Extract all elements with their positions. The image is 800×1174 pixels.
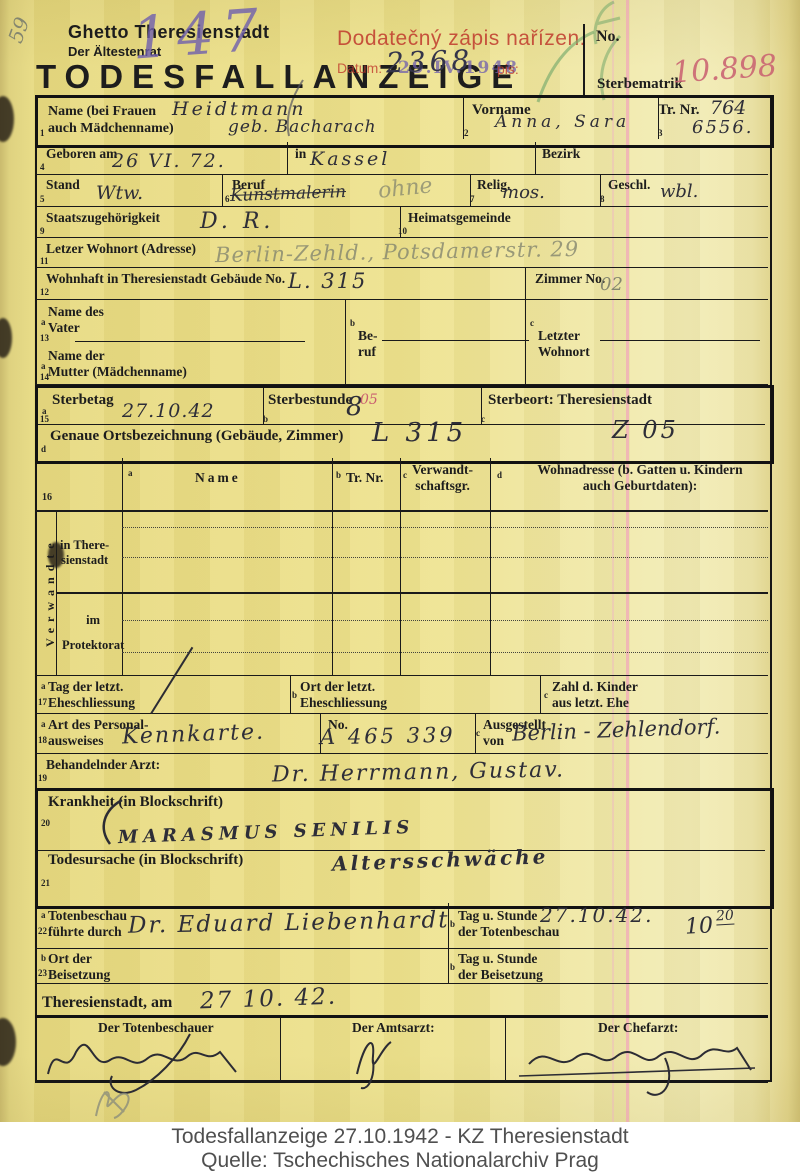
- zimmer-label: Zimmer No.: [535, 271, 605, 287]
- cell-divider: [290, 675, 291, 713]
- dotted-writing-line: [122, 620, 768, 621]
- sub-letter: a: [41, 681, 46, 691]
- section-divider: [56, 592, 768, 594]
- geboren-in-label: in: [295, 146, 306, 162]
- field-number: 8: [600, 194, 605, 204]
- geboren-in-value: Kassel: [310, 148, 390, 170]
- dotted-writing-line: [122, 527, 768, 528]
- field-number: 17: [38, 697, 47, 707]
- sterbematrik-label: Sterbematrik: [597, 76, 683, 94]
- writing-line: [600, 340, 760, 341]
- sterbestunde-label: Sterbestunde: [268, 392, 352, 410]
- ehe-tag-label: Tag der letzt. Eheschliessung: [48, 679, 135, 711]
- caption-line2: Quelle: Tschechisches Nationalarchiv Pra…: [0, 1149, 800, 1173]
- sub-letter: b: [336, 470, 341, 480]
- beruf-value-struck: Kunstmalerin: [230, 182, 347, 206]
- wohnort-label: Letzer Wohnort (Adresse): [46, 241, 196, 257]
- field-number: 11: [40, 256, 49, 266]
- ortsbezeichnung-label: Genaue Ortsbezeichnung (Gebäude, Zimmer): [50, 428, 343, 446]
- field-number: 20: [41, 818, 50, 828]
- sub-letter: d: [41, 444, 46, 454]
- sterbematrik-value: 10.898: [671, 48, 778, 90]
- geboren-label: Geboren am: [46, 146, 117, 162]
- cell-divider: [535, 142, 536, 174]
- sub-letter: b: [450, 919, 455, 929]
- sub-letter: a: [41, 910, 46, 920]
- caption-strip: Todesfallanzeige 27.10.1942 - KZ Theresi…: [0, 1122, 800, 1174]
- vorname-value: Anna, Sara: [495, 112, 630, 132]
- sub-letter: c: [530, 318, 534, 328]
- mutter-label: Name der Mutter (Mädchenname): [48, 348, 187, 380]
- field-number: 19: [38, 773, 47, 783]
- cell-divider: [280, 1018, 281, 1081]
- stamp-date-handwritten: 2368: [385, 43, 473, 79]
- dotted-writing-line: [122, 652, 768, 653]
- sub-letter: b: [263, 414, 268, 424]
- relatives-side-label: Verwandte: [43, 532, 57, 652]
- cell-divider: [287, 142, 288, 174]
- field-number: 23: [38, 968, 47, 978]
- writing-line: [497, 340, 529, 341]
- relatives-row2-label: im Protektorat: [62, 608, 124, 658]
- totenbeschauer-signature: [40, 1028, 250, 1108]
- sub-letter: d: [497, 470, 502, 480]
- dotted-writing-line: [122, 557, 768, 558]
- field-number: 9: [40, 226, 45, 236]
- field-number: 22: [38, 926, 47, 936]
- paper-damage-spot: [0, 1018, 16, 1066]
- cell-divider: [525, 267, 526, 299]
- field-number: 14: [40, 372, 49, 382]
- name-maiden-value: geb. Bacharach: [228, 117, 377, 137]
- beisetzung-ort-label: Ort der Beisetzung: [48, 951, 110, 983]
- relig-value: mos.: [502, 182, 545, 203]
- pencil-monogram: [84, 1082, 144, 1122]
- relatives-row1-label: in There- sienstadt: [60, 538, 109, 568]
- ortsbezeichnung-value2: Z 05: [612, 416, 679, 444]
- cell-divider: [525, 299, 526, 384]
- arzt-value: Dr. Herrmann, Gustav.: [272, 757, 565, 787]
- sub-letter: c: [476, 728, 480, 738]
- bezirk-label: Bezirk: [542, 146, 580, 162]
- header-divider: [583, 24, 585, 96]
- totenbeschau-date-value: 27.10.42.: [540, 903, 653, 927]
- sub-letter: a: [41, 719, 46, 729]
- header-divider: [35, 510, 768, 512]
- stamp-podpis-label: pis:: [497, 61, 519, 77]
- sub-letter: b: [292, 690, 297, 700]
- heimat-label: Heimatsgemeinde: [408, 210, 511, 226]
- field-number: 5: [40, 194, 45, 204]
- trnr-value: 764: [710, 97, 746, 119]
- staat-label: Staatszugehörigkeit: [46, 210, 160, 226]
- beruf-col-label: Be- ruf: [358, 328, 378, 360]
- chefarzt-signature: [515, 1030, 765, 1110]
- cell-divider: [505, 1018, 506, 1081]
- cell-divider: [345, 299, 346, 384]
- letzter-wohnort-col-label: Letzter Wohnort: [538, 328, 590, 360]
- caption-line1: Todesfallanzeige 27.10.1942 - KZ Theresi…: [0, 1122, 800, 1149]
- sterbeort-label: Sterbeort: Theresienstadt: [488, 392, 652, 410]
- field-number: 12: [40, 287, 49, 297]
- row-eheschliessung: [35, 675, 768, 714]
- sub-letter: c: [544, 690, 548, 700]
- sub-letter: b: [41, 953, 46, 963]
- field-number: 21: [41, 878, 50, 888]
- vater-label: Name des Vater: [48, 304, 104, 336]
- totenbeschau-time-value: 10: [684, 913, 713, 939]
- name-label: Name (bei Frauen auch Mädchenname): [48, 104, 174, 137]
- ausstellung-value: 27 10. 42.: [200, 984, 338, 1015]
- col-trnr-label: Tr. Nr.: [346, 470, 383, 486]
- field-number: 2: [464, 128, 469, 138]
- col-divider: [490, 458, 491, 675]
- stand-label: Stand: [46, 177, 80, 193]
- sub-letter: a: [41, 317, 46, 327]
- col-divider: [332, 458, 333, 675]
- sterbestunde-sup-value: 05: [360, 392, 378, 408]
- gebaeude-value: L. 315: [288, 269, 367, 293]
- field-number: 16: [42, 492, 52, 503]
- sterbetag-value: 27.10.42: [122, 400, 215, 422]
- stamp-datum-label: Datum:: [337, 60, 382, 76]
- arzt-label: Behandelnder Arzt:: [46, 757, 160, 773]
- paper-damage-spot: [0, 318, 12, 358]
- field-number: 6: [225, 194, 230, 204]
- amtsarzt-signature: [335, 1030, 435, 1100]
- ehe-kinder-label: Zahl d. Kinder aus letzt. Ehe: [552, 679, 638, 711]
- ausweis-art-value: Kennkarte.: [122, 720, 266, 750]
- corner-pencil-number: 59: [3, 14, 34, 46]
- col-wohnadresse-label: Wohnadresse (b. Gatten u. Kindern auch G…: [525, 462, 755, 494]
- field-number: 10: [398, 226, 407, 236]
- cell-divider: [540, 675, 541, 713]
- col-name-label: Name: [195, 470, 241, 486]
- field-number: 15: [40, 414, 49, 424]
- staat-value: D. R.: [200, 209, 274, 234]
- trnr-value2: 6556.: [692, 117, 754, 138]
- field-number: 13: [40, 333, 49, 343]
- geboren-value: 26 VI. 72.: [112, 150, 226, 172]
- ortsbezeichnung-value1: L 315: [372, 418, 467, 448]
- scanned-form-paper: 59 Ghetto Theresienstadt Der Ältestenrat…: [0, 0, 800, 1122]
- ausstellung-label: Theresienstadt, am: [42, 994, 172, 1013]
- ehe-ort-label: Ort der letzt. Eheschliessung: [300, 679, 387, 711]
- row-beisetzung: [35, 948, 768, 984]
- totenbeschau-time-sup: 20: [716, 908, 735, 926]
- col-verwandtschaft-label: Verwandt- schaftsgr.: [412, 462, 473, 494]
- sub-letter: b: [450, 962, 455, 972]
- archival-number-handwritten: 147: [130, 0, 269, 73]
- writing-line: [382, 340, 504, 341]
- cell-divider: [222, 174, 223, 206]
- krankheit-label: Krankheit (in Blockschrift): [48, 794, 223, 812]
- todesursache-label: Todesursache (in Blockschrift): [48, 852, 243, 870]
- stand-value: Wtw.: [96, 182, 143, 204]
- sub-letter: a: [41, 361, 46, 371]
- no-label: No.: [596, 28, 620, 47]
- col-divider: [400, 458, 401, 675]
- ausweis-no-value: A 465 339: [320, 723, 456, 749]
- field-number: 3: [658, 128, 663, 138]
- screenshot: 59 Ghetto Theresienstadt Der Ältestenrat…: [0, 0, 800, 1174]
- sterbetag-label: Sterbetag: [52, 392, 114, 410]
- gebaeude-label: Wohnhaft in Theresienstadt Gebäude No.: [46, 271, 285, 287]
- cell-divider: [448, 948, 449, 983]
- writing-line: [75, 341, 305, 342]
- zimmer-value: 02: [600, 274, 623, 295]
- sub-letter: b: [350, 318, 355, 328]
- sub-letter: a: [128, 468, 133, 478]
- geschl-value: wbl.: [660, 181, 698, 202]
- geschl-label: Geschl.: [608, 177, 650, 193]
- sub-letter: c: [403, 470, 407, 480]
- sub-letter: c: [481, 414, 485, 424]
- totenbeschau-label: Totenbeschau führte durch: [48, 908, 127, 940]
- field-number: 18: [38, 735, 47, 745]
- paper-damage-spot: [0, 96, 14, 142]
- beisetzung-zeit-label: Tag u. Stunde der Beisetzung: [458, 951, 543, 983]
- field-number: 4: [40, 162, 45, 172]
- field-number: 7: [470, 194, 475, 204]
- field-number: 1: [40, 128, 45, 138]
